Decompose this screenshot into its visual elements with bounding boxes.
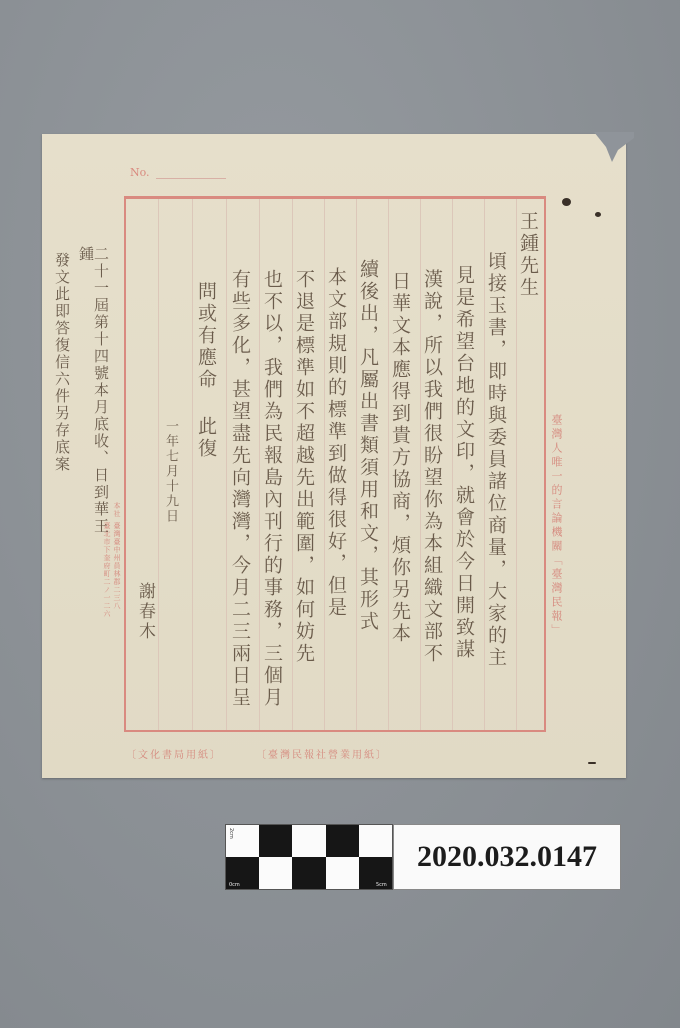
scale-right-label: 5cm [376, 882, 387, 888]
color-scale-bar [225, 824, 393, 890]
newspaper-slogan: 臺灣人唯一的言論機關「臺灣民報」 [548, 414, 564, 638]
torn-corner [594, 132, 634, 162]
column-rule [192, 199, 193, 730]
letter-line-1: 頃接玉書，即時與委員諸位商量，大家的主 [486, 251, 505, 721]
letter-line-3: 漢說，所以我們很盼望你為本組織文部不 [422, 269, 441, 729]
letter-line-2: 見是希望台地的文印，就會於今日開致謀 [454, 265, 473, 725]
ink-spot [588, 762, 596, 764]
scale-left-label: 0cm [229, 882, 240, 888]
margin-note-1: 二十一屆第十四號本月底收、日到華王鍾 [78, 246, 108, 546]
footer-bookstore-mark: 〔文化書局用紙〕 [126, 746, 222, 761]
footer-newspaper-mark: 〔臺灣民報社營業用紙〕 [256, 746, 388, 761]
accession-number: 2020.032.0147 [393, 824, 621, 890]
number-label: No. [130, 166, 150, 179]
letter-line-10: 問或有應命 此復 [196, 281, 215, 581]
ink-spot [562, 198, 571, 206]
column-rule [259, 199, 260, 730]
margin-note-2: 發文此即答復信六件另存底案 [54, 252, 69, 512]
number-line [156, 178, 226, 179]
address-label: 本社 [112, 502, 122, 518]
letter-line-9: 有些多化，甚望盡先向灣灣，今月二三兩日呈 [230, 269, 249, 729]
letter-line-4: 日華文本應得到貴方協商，煩你另先本 [390, 271, 409, 731]
letter-frame: 王鍾先生 頃接玉書，即時與委員諸位商量，大家的主 見是希望台地的文印，就會於今日… [124, 196, 546, 732]
column-rule [226, 199, 227, 730]
scale-top-label: 2cm [228, 828, 234, 839]
letter-sheet: No. 王鍾先生 頃接玉書，即時與委員諸位商量，大家的主 見是希望台地的文印，就… [42, 134, 626, 778]
letter-date: 一年七月十九日 [164, 419, 177, 524]
column-rule [158, 199, 159, 730]
letter-line-5: 續後出，凡屬出書類須用和文，其形式 [358, 259, 377, 719]
ink-spot [595, 212, 601, 217]
address-line-1: 臺灣臺中州員林郡二三八 [112, 522, 122, 610]
letter-line-7: 不退是標準如不超越先出範圍，如何妨先 [294, 269, 313, 729]
letter-line-8: 也不以，我們為民報島內刊行的事務，三個月 [262, 269, 281, 729]
letter-line-6: 本文部規則的標準到做得很好，但是 [326, 267, 345, 727]
salutation: 王鍾先生 [518, 211, 537, 299]
signature: 謝春木 [136, 582, 153, 642]
